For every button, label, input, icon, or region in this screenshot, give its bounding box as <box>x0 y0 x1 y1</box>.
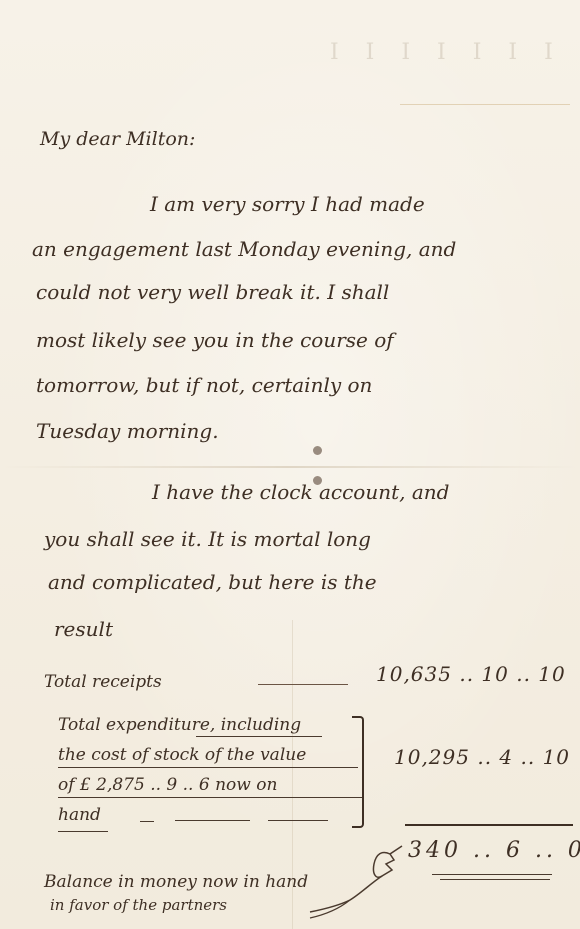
account-balance-label: in favor of the partners <box>50 896 227 914</box>
show-through-rule <box>400 104 570 105</box>
leader-dash <box>175 820 250 821</box>
account-expenditure-label: the cost of stock of the value <box>58 745 306 765</box>
account-expenditure-label: hand <box>58 805 101 825</box>
grouping-bracket <box>352 716 364 828</box>
underline <box>196 736 322 737</box>
horizontal-fold-crease <box>0 466 580 468</box>
double-underline <box>440 879 550 880</box>
sum-rule <box>405 824 573 826</box>
leader-dash <box>268 820 328 821</box>
body-line: Tuesday morning. <box>36 419 219 443</box>
account-balance-label: Balance in money now in hand <box>44 872 308 892</box>
body-line: I am very sorry I had made <box>150 192 425 216</box>
body-line: result <box>54 617 113 641</box>
account-receipts-label: Total receipts <box>44 672 162 692</box>
body-line: I have the clock account, and <box>152 480 449 504</box>
account-expenditure-amount: 10,295 .. 4 .. 10 <box>394 745 570 769</box>
account-receipts-amount: 10,635 .. 10 .. 10 <box>376 662 566 686</box>
body-line: an engagement last Monday evening, and <box>32 237 456 261</box>
body-line: could not very well break it. I shall <box>36 280 389 304</box>
ink-blot <box>313 446 322 455</box>
body-line: and complicated, but here is the <box>48 570 377 594</box>
underline <box>58 767 358 768</box>
account-balance-amount: 340 .. 6 .. 0 <box>408 838 580 863</box>
body-line: tomorrow, but if not, certainly on <box>36 373 372 397</box>
body-line: most likely see you in the course of <box>36 328 394 352</box>
show-through-text: I I I I I I I <box>330 40 563 65</box>
salutation: My dear Milton: <box>40 128 195 150</box>
account-expenditure-label: Total expenditure, including <box>58 715 301 735</box>
underline <box>58 831 108 832</box>
leader-dash <box>258 684 348 685</box>
body-line: you shall see it. It is mortal long <box>44 527 371 551</box>
account-expenditure-label: of £ 2,875 .. 9 .. 6 now on <box>58 775 277 795</box>
double-underline <box>432 874 552 875</box>
underline <box>58 797 364 798</box>
leader-dash <box>140 821 154 822</box>
